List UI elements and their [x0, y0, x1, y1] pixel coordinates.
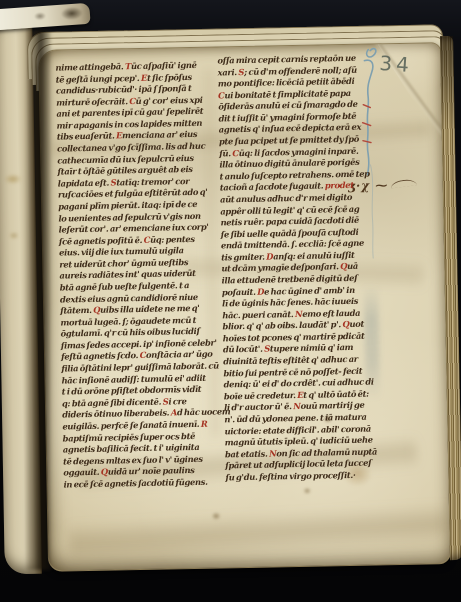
wrinkle-shadow — [68, 503, 450, 565]
stain — [305, 489, 310, 493]
stain — [9, 232, 19, 239]
manuscript-photo: 34 · ʒ·χ ⁓ nime attingebā. Tūc aſpaſiū' … — [0, 0, 461, 602]
stain — [213, 514, 219, 519]
book-block: 34 · ʒ·χ ⁓ nime attingebā. Tūc aſpaſiū' … — [25, 22, 461, 578]
smudge — [34, 12, 47, 21]
text-column-left: nime attingebā. Tūc aſpaſiū' ignētē geſt… — [55, 60, 215, 491]
manuscript-line: in ecē ſcē agnetis ſacdotiū fūgens. — [63, 476, 215, 490]
stain — [4, 174, 22, 184]
manuscript-line: ſu g'du. feſtina virgo proceſſit.· — [225, 469, 377, 483]
text-column-right: oſſa mira cepit carnis reptaōn uexari. S… — [217, 53, 377, 484]
fore-edge-shadow — [440, 36, 455, 131]
torn-parchment-tab — [0, 3, 91, 31]
folio-number: 34 — [379, 51, 414, 77]
smudge — [60, 6, 83, 21]
margin-note-swash — [391, 178, 418, 188]
manuscript-page: 34 · ʒ·χ ⁓ nime attingebā. Tūc aſpaſiū' … — [38, 42, 451, 572]
